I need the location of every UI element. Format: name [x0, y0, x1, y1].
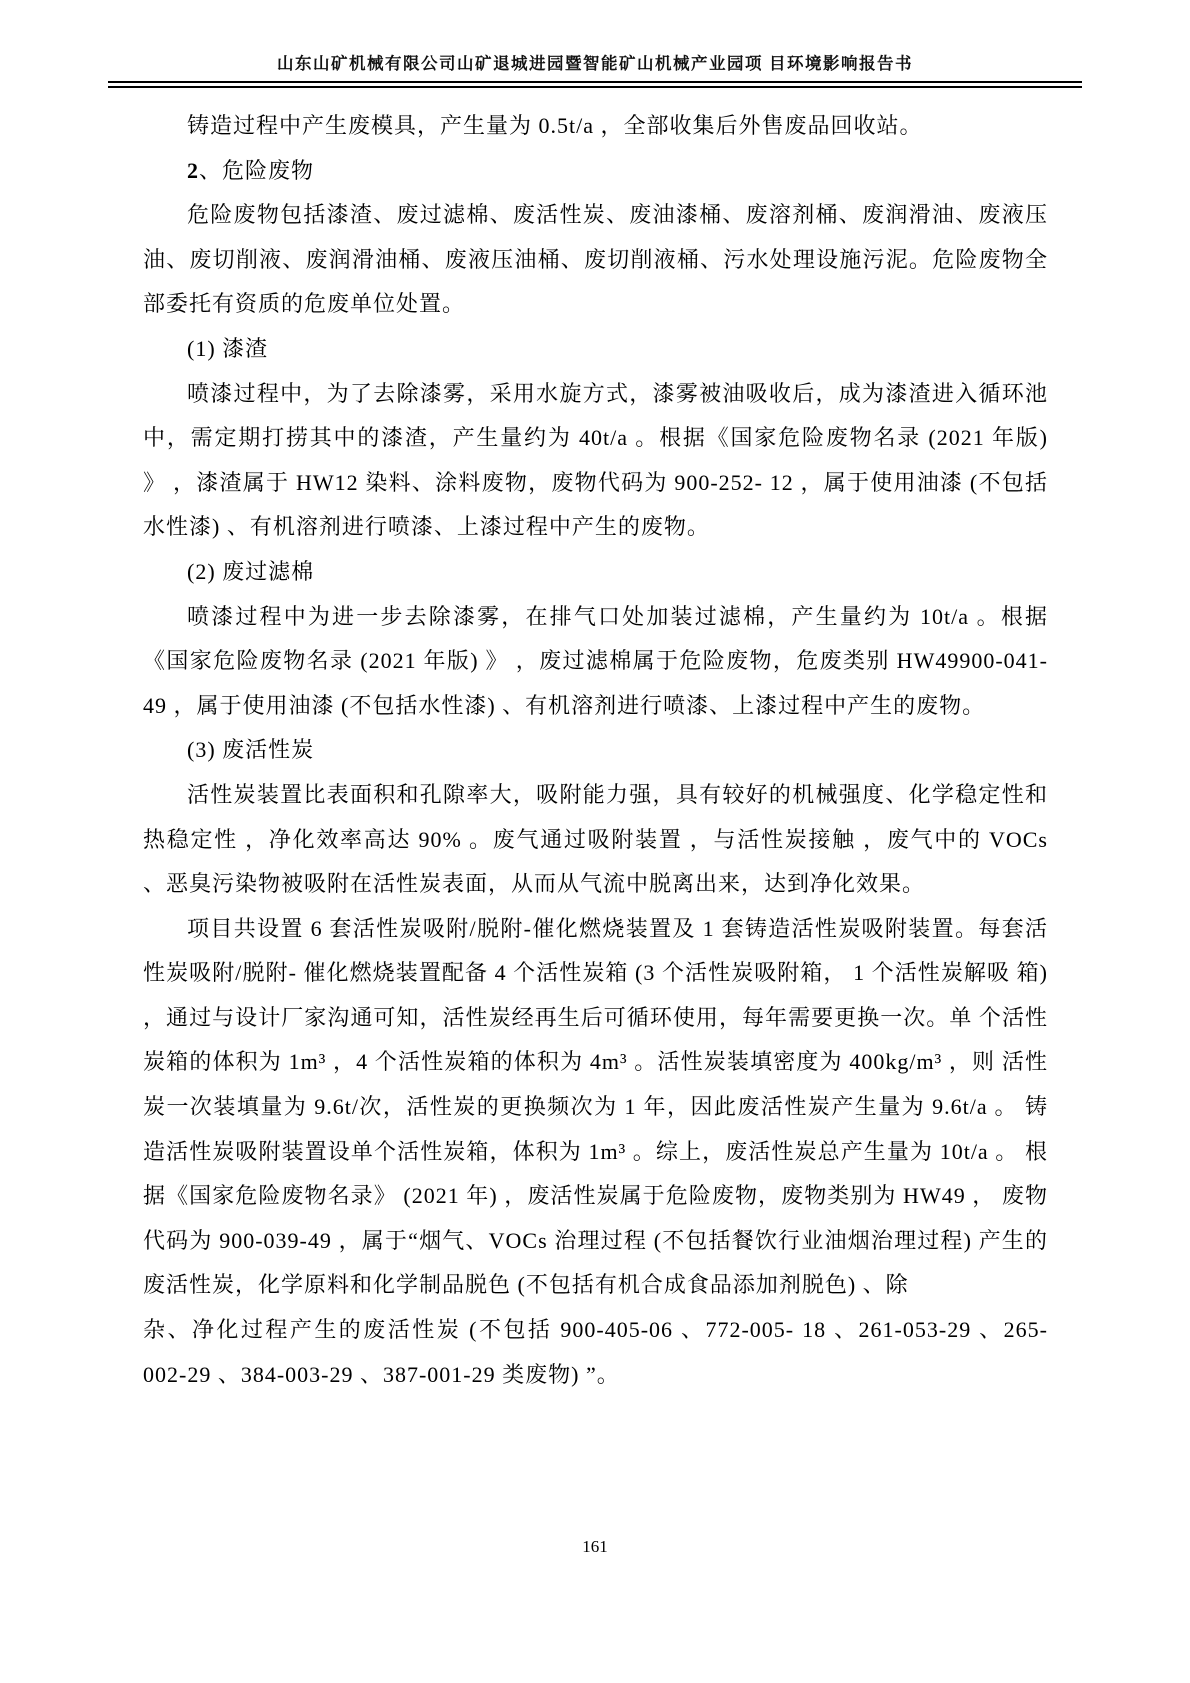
document-page: 山东山矿机械有限公司山矿退城进园暨智能矿山机械产业园项 目环境影响报告书 铸造过…	[0, 0, 1190, 1683]
subsection-heading: (1) 漆渣	[143, 327, 1048, 372]
paragraph: 危险废物包括漆渣、废过滤棉、废活性炭、废油漆桶、废溶剂桶、废润滑油、废液压油、废…	[143, 193, 1048, 327]
section-heading: 2、危险废物	[143, 149, 1048, 194]
paragraph: 杂、净化过程产生的废活性炭 (不包括 900-405-06 、772-005- …	[143, 1308, 1048, 1397]
paragraph: 项目共设置 6 套活性炭吸附/脱附-催化燃烧装置及 1 套铸造活性炭吸附装置。每…	[143, 907, 1048, 1308]
subsection-heading: (3) 废活性炭	[143, 728, 1048, 773]
header-title: 山东山矿机械有限公司山矿退城进园暨智能矿山机械产业园项 目环境影响报告书	[0, 0, 1190, 74]
paragraph: 喷漆过程中，为了去除漆雾，采用水旋方式，漆雾被油吸收后，成为漆渣进入循环池中，需…	[143, 372, 1048, 550]
page-footer: 161	[0, 1537, 1190, 1557]
section-heading-label: 、危险废物	[199, 158, 314, 183]
page-number: 161	[582, 1537, 608, 1556]
subsection-heading: (2) 废过滤棉	[143, 550, 1048, 595]
document-body: 铸造过程中产生废模具，产生量为 0.5t/a ，全部收集后外售废品回收站。2、危…	[143, 104, 1048, 1397]
section-heading-number: 2	[187, 158, 199, 183]
paragraph: 铸造过程中产生废模具，产生量为 0.5t/a ，全部收集后外售废品回收站。	[143, 104, 1048, 149]
header-divider	[108, 81, 1082, 88]
paragraph: 喷漆过程中为进一步去除漆雾，在排气口处加装过滤棉，产生量约为 10t/a 。根据…	[143, 595, 1048, 729]
page-header: 山东山矿机械有限公司山矿退城进园暨智能矿山机械产业园项 目环境影响报告书	[0, 0, 1190, 88]
paragraph: 活性炭装置比表面积和孔隙率大，吸附能力强，具有较好的机械强度、化学稳定性和热稳定…	[143, 773, 1048, 907]
